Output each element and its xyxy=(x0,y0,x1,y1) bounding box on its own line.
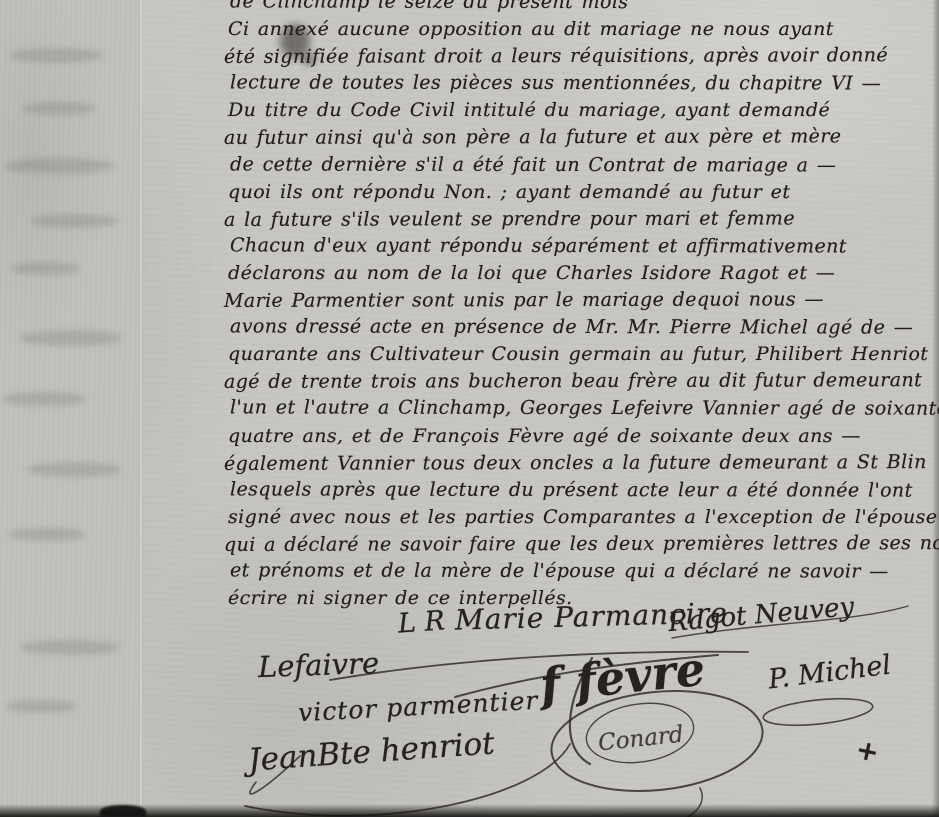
manuscript-line: déclarons au nom de la loi que Charles I… xyxy=(228,260,932,287)
cross-mark: + xyxy=(853,734,882,769)
manuscript-line: l'un et l'autre a Clinchamp, Georges Lef… xyxy=(230,395,934,423)
manuscript-line: quoi ils ont répondu Non. ; ayant demand… xyxy=(228,179,932,206)
manuscript-line: été signifiée faisant droit a leurs réqu… xyxy=(224,42,928,71)
manuscript-line: agé de trente trois ans bucheron beau fr… xyxy=(224,367,928,396)
adjacent-page-edge xyxy=(0,0,141,817)
manuscript-line: Ci annexé aucune opposition au dit maria… xyxy=(228,16,932,43)
signature-bride-initials: L R xyxy=(397,605,446,639)
bleedthrough-blot xyxy=(8,48,104,63)
manuscript-line: signé avec nous et les parties Comparant… xyxy=(228,504,932,531)
signature-fevre: f fèvre xyxy=(538,642,708,713)
bleedthrough-blot xyxy=(22,102,96,115)
manuscript-line: Chacun d'eux ayant répondu séparément et… xyxy=(230,232,934,260)
bleedthrough-blot xyxy=(30,214,118,228)
bleedthrough-blot xyxy=(10,262,80,275)
manuscript-line: de cette dernière s'il a été fait un Con… xyxy=(230,151,934,179)
manuscript-line: Marie Parmentier sont unis par le mariag… xyxy=(224,286,928,315)
page-fold-line xyxy=(139,0,143,817)
manuscript-text: de Clinchamp le seize du présent moisCi … xyxy=(228,0,932,612)
manuscript-line: de Clinchamp le seize du présent mois xyxy=(230,0,934,17)
manuscript-line: Du titre du Code Civil intitulé du maria… xyxy=(228,97,932,124)
signature-lefaivre: Lefaivre xyxy=(257,646,379,684)
signature-parmentier: victor parmentier xyxy=(297,686,539,728)
manuscript-line: lesquels après que lecture du présent ac… xyxy=(230,476,934,504)
scan-right-edge xyxy=(932,0,939,817)
manuscript-line: au futur ainsi qu'à son père a la future… xyxy=(224,124,928,153)
bleedthrough-blot xyxy=(20,640,120,655)
manuscript-line: lecture de toutes les pièces sus mention… xyxy=(230,70,934,98)
bleedthrough-blot xyxy=(2,392,86,406)
signature-officer-paraph: Conard xyxy=(597,722,685,757)
manuscript-line: également Vannier tous deux oncles a la … xyxy=(224,449,928,478)
signature-michel: P. Michel xyxy=(767,650,893,696)
bleedthrough-blot xyxy=(6,700,76,713)
manuscript-line: quatre ans, et de François Fèvre agé de … xyxy=(228,423,932,450)
signature-henriot: JeanBte henriot xyxy=(247,725,496,778)
scanned-page: de Clinchamp le seize du présent moisCi … xyxy=(0,0,939,817)
manuscript-line: et prénoms et de la mère de l'épouse qui… xyxy=(230,557,934,585)
bleedthrough-blot xyxy=(4,158,114,174)
bleedthrough-blot xyxy=(8,528,86,541)
manuscript-line: a la future s'ils veulent se prendre pou… xyxy=(224,205,928,234)
scan-bottom-edge xyxy=(0,804,939,817)
bleedthrough-blot xyxy=(26,462,122,477)
manuscript-line: qui a déclaré ne savoir faire que les de… xyxy=(224,530,928,559)
manuscript-line: quarante ans Cultivateur Cousin germain … xyxy=(228,341,932,368)
bleedthrough-blot xyxy=(18,330,122,346)
manuscript-line: avons dressé acte en présence de Mr. Mr.… xyxy=(230,314,934,342)
